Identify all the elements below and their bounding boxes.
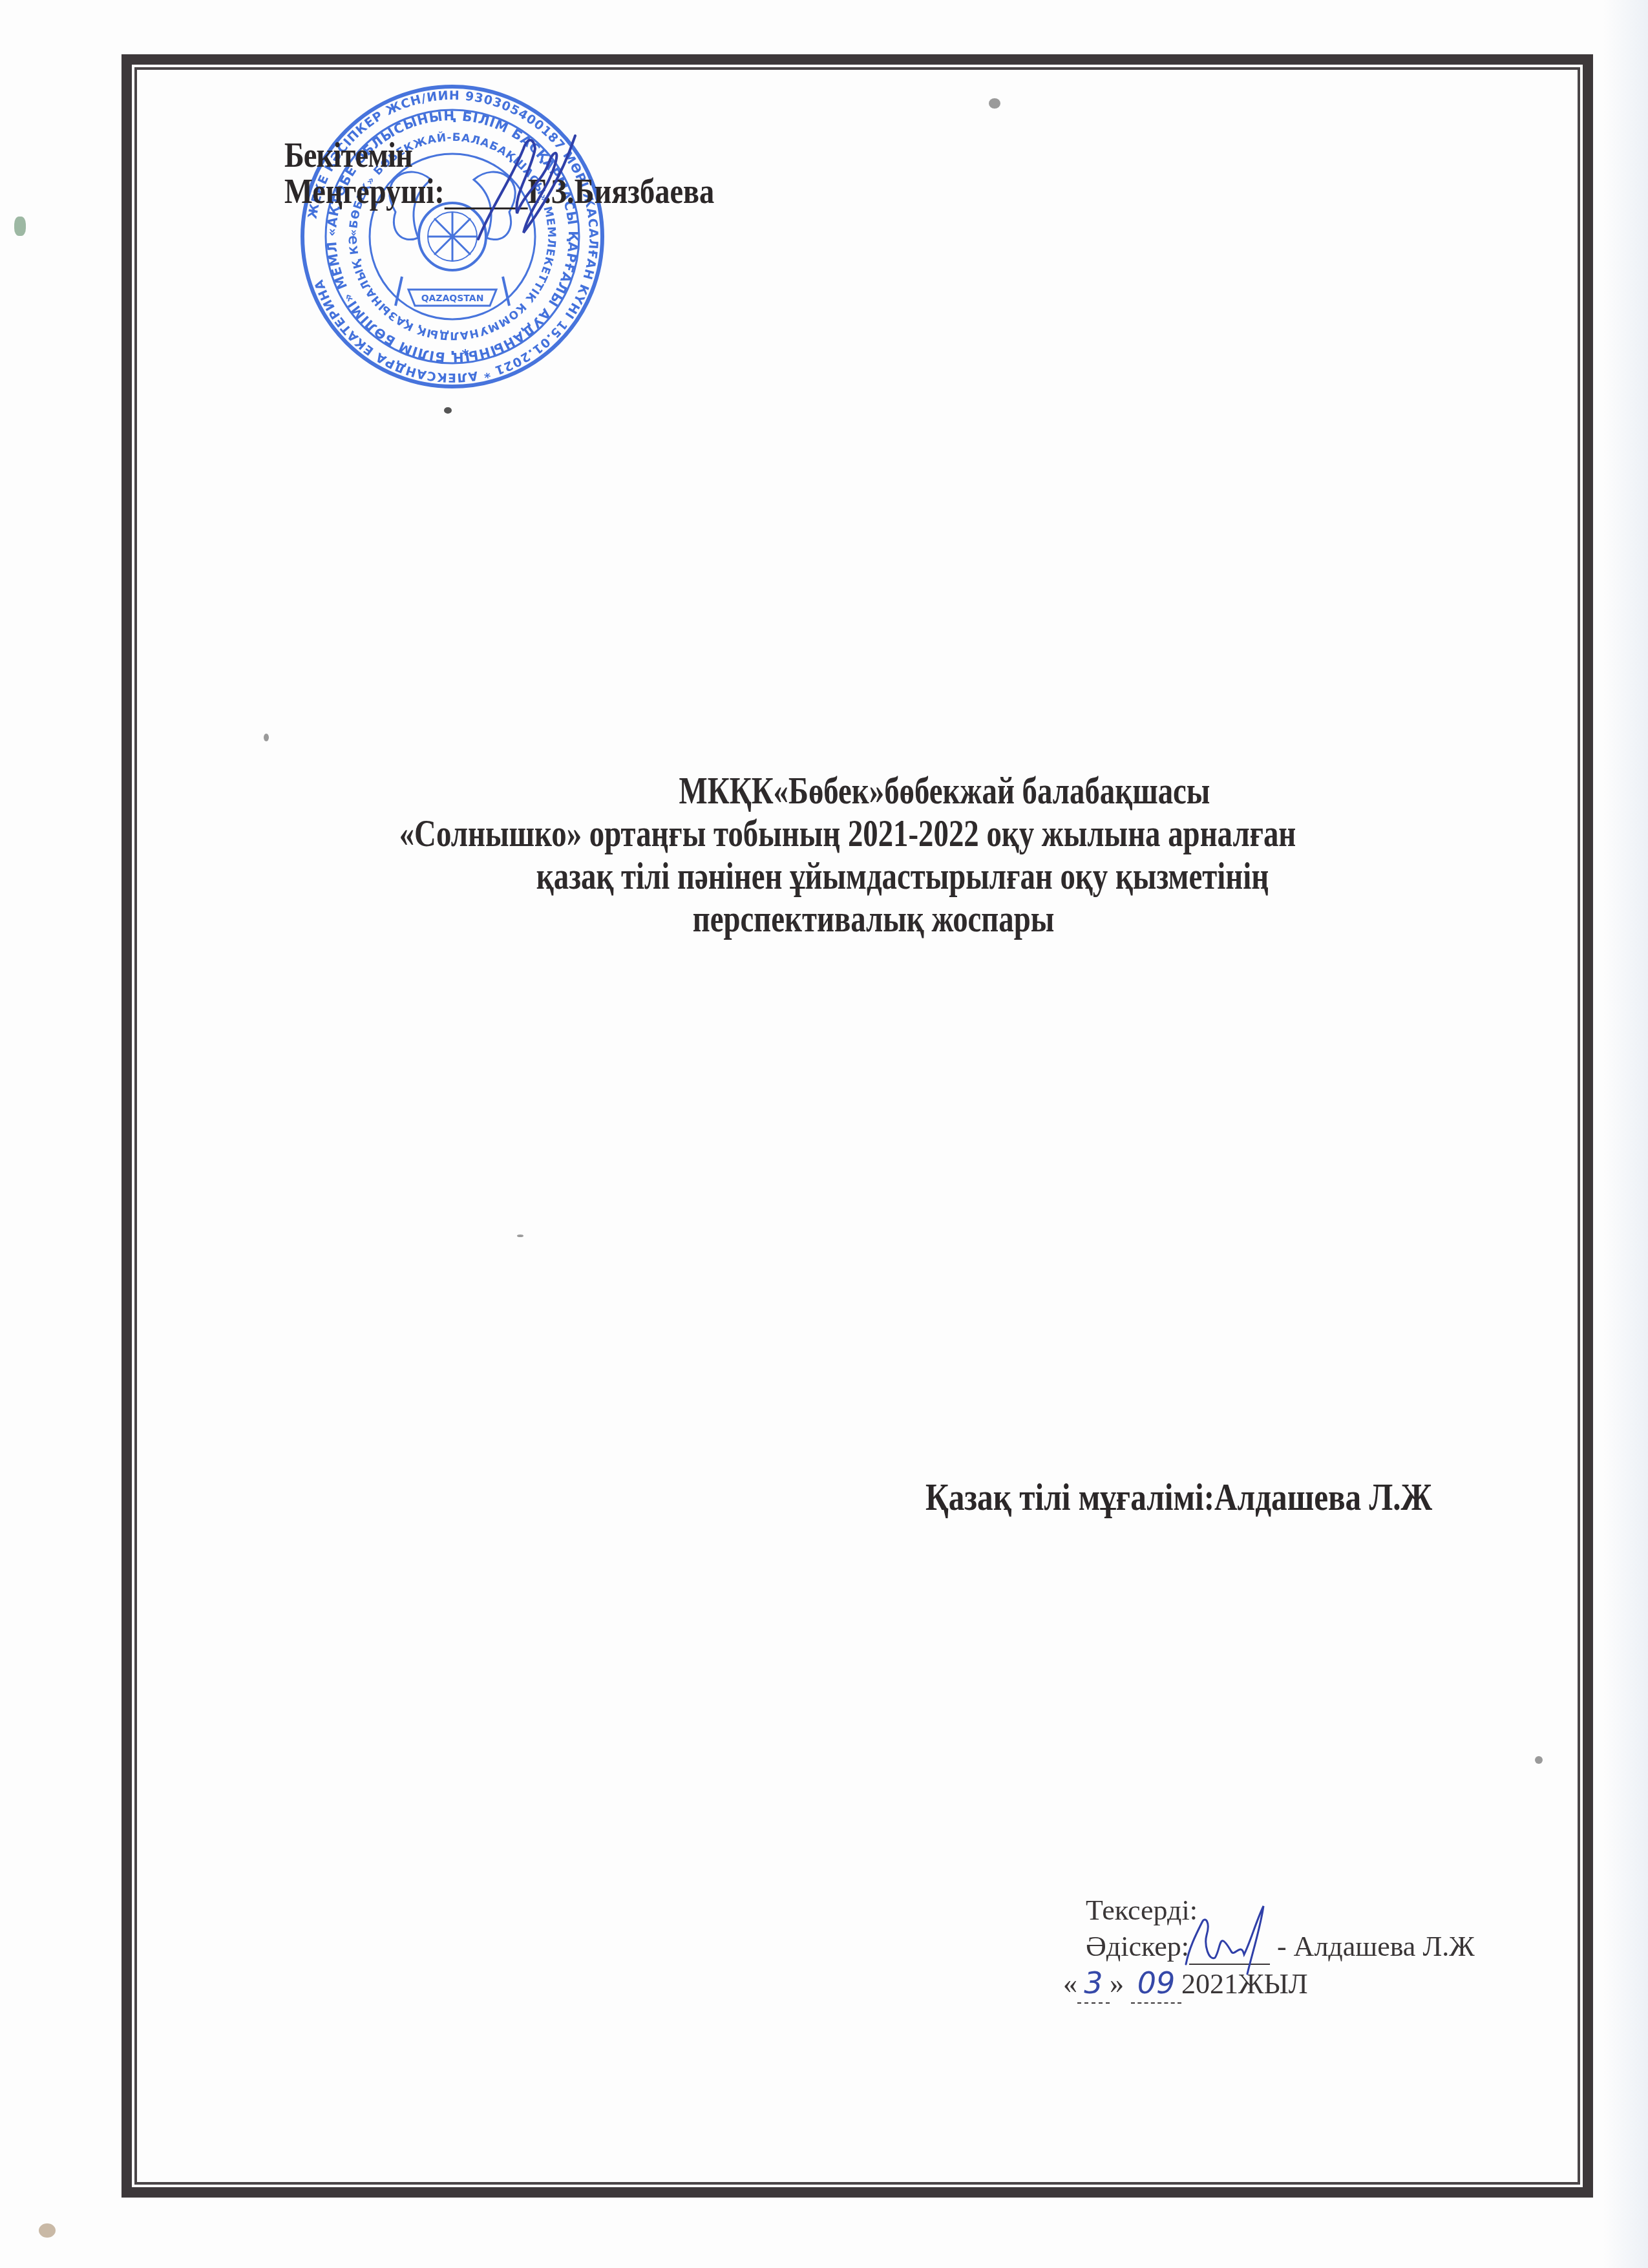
svg-text:QAZAQSTAN: QAZAQSTAN — [421, 293, 484, 304]
scan-speck — [14, 217, 26, 236]
scan-speck — [444, 407, 452, 414]
document-title: МКҚК«Бөбек»бөбекжай балабақшасы «Солнышк… — [134, 769, 1580, 940]
methodist-label: Әдіскер: — [1086, 1931, 1189, 1962]
approver-signature-icon — [452, 110, 607, 265]
date-month-field: 09 — [1131, 1965, 1181, 2004]
teacher-line: Қазақ тілі мұғалімі:Алдашева Л.Ж — [925, 1476, 1432, 1518]
date-close-quote: » — [1110, 1968, 1124, 2000]
methodist-name: - Алдашева Л.Ж — [1277, 1931, 1475, 1962]
verification-block: Тексерді: Әдіскер: - Алдашева Л.Ж «3» 09… — [1063, 1892, 1475, 2004]
scan-speck — [264, 734, 269, 741]
approver-position: Меңгеруші: — [284, 172, 445, 211]
date-month: 09 — [1137, 1966, 1176, 2000]
title-line-3: қазақ тілі пәнінен ұйымдастырылған оқу қ… — [374, 854, 1431, 897]
date-day: 3 — [1084, 1966, 1103, 2000]
scan-speck — [39, 2223, 56, 2238]
scan-edge-shade — [1603, 0, 1648, 2268]
date-year: 2021ЖЫЛ — [1181, 1968, 1308, 2000]
svg-text:*: * — [461, 347, 469, 363]
scan-speck — [1535, 1756, 1543, 1764]
scan-speck — [517, 1235, 523, 1237]
scan-speck — [989, 98, 1000, 109]
date-open-quote: « — [1063, 1968, 1077, 2000]
date-row: «3» 092021ЖЫЛ — [1063, 1965, 1475, 2004]
date-day-field: 3 — [1077, 1965, 1110, 2004]
title-line-1: МКҚК«Бөбек»бөбекжай балабақшасы — [449, 769, 1440, 812]
approval-label: Бекітемін — [284, 137, 412, 173]
title-line-4: перспективалық жоспары — [322, 897, 1425, 940]
methodist-row: Әдіскер: - Алдашева Л.Ж — [1063, 1929, 1475, 1965]
title-line-2: «Солнышко» ортаңғы тобының 2021-2022 оқу… — [276, 812, 1419, 854]
